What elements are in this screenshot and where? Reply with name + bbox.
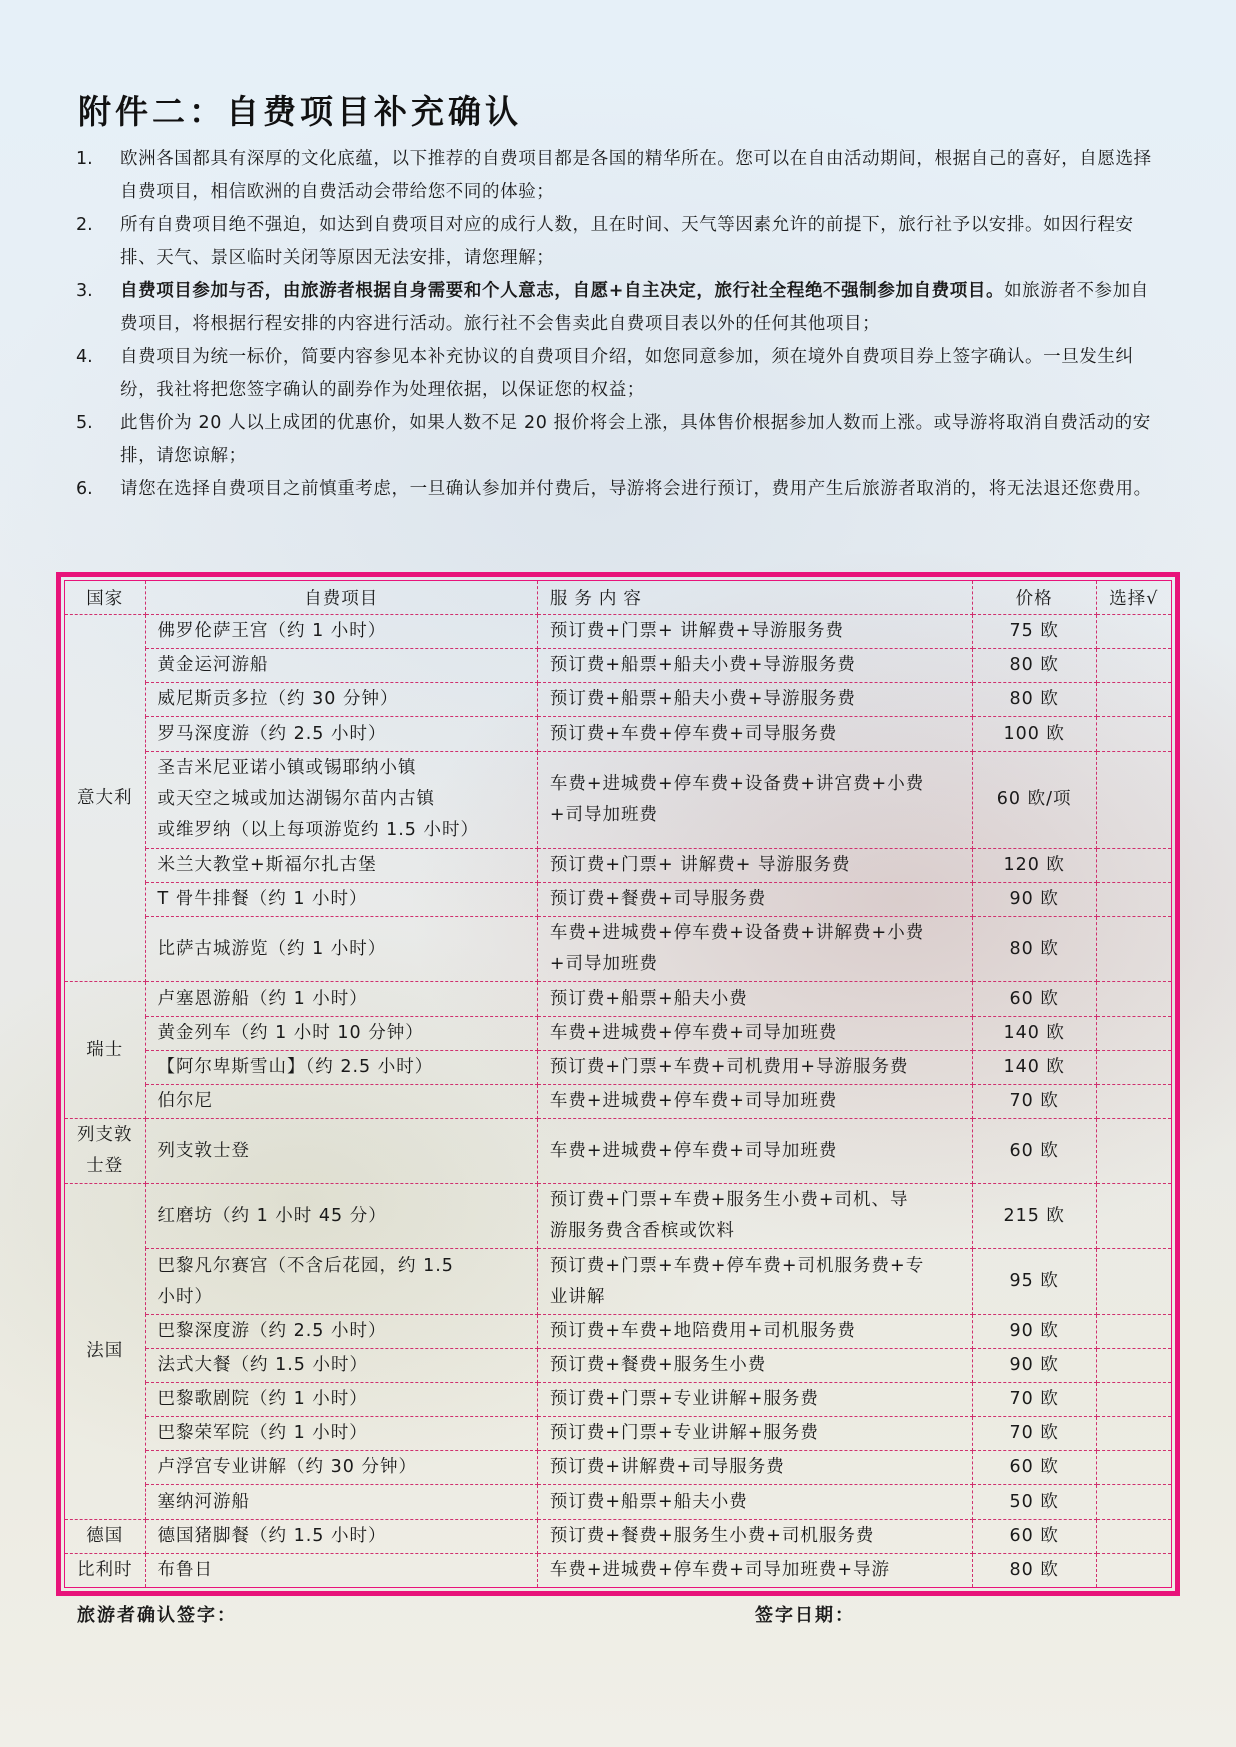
table-row: 罗马深度游（约 2.5 小时）预订费+车费+停车费+司导服务费100 欧 bbox=[65, 717, 1171, 751]
note-number: 2. bbox=[76, 209, 120, 275]
cell-service: 预订费+门票+车费+司机费用+导游服务费 bbox=[537, 1050, 972, 1084]
cell-item: 布鲁日 bbox=[145, 1553, 537, 1587]
cell-select-checkbox[interactable] bbox=[1096, 1084, 1171, 1118]
cell-country: 瑞士 bbox=[65, 982, 145, 1119]
cell-service: 预订费+车费+地陪费用+司机服务费 bbox=[537, 1314, 972, 1348]
note-item: 5. 此售价为 20 人以上成团的优惠价，如果人数不足 20 报价将会上涨，具体… bbox=[76, 407, 1166, 473]
header-price: 价格 bbox=[972, 581, 1096, 615]
signature-date-label: 签字日期： bbox=[755, 1601, 855, 1627]
cell-select-checkbox[interactable] bbox=[1096, 1382, 1171, 1416]
note-item: 6. 请您在选择自费项目之前慎重考虑，一旦确认参加并付费后，导游将会进行预订，费… bbox=[76, 473, 1166, 506]
cell-country: 德国 bbox=[65, 1519, 145, 1553]
cell-select-checkbox[interactable] bbox=[1096, 917, 1171, 982]
cell-service: 预订费+讲解费+司导服务费 bbox=[537, 1451, 972, 1485]
cell-price: 80 欧 bbox=[972, 649, 1096, 683]
cell-select-checkbox[interactable] bbox=[1096, 982, 1171, 1016]
cell-item: 巴黎荣军院（约 1 小时） bbox=[145, 1417, 537, 1451]
cell-select-checkbox[interactable] bbox=[1096, 1119, 1171, 1184]
cell-item: 列支敦士登 bbox=[145, 1119, 537, 1184]
table-row: 卢浮宫专业讲解（约 30 分钟）预订费+讲解费+司导服务费60 欧 bbox=[65, 1451, 1171, 1485]
cell-select-checkbox[interactable] bbox=[1096, 615, 1171, 649]
cell-item: 法式大餐（约 1.5 小时） bbox=[145, 1348, 537, 1382]
cell-item: 卢塞恩游船（约 1 小时） bbox=[145, 982, 537, 1016]
note-number: 3. bbox=[76, 275, 120, 341]
cell-service: 预订费+门票+专业讲解+服务费 bbox=[537, 1417, 972, 1451]
cell-price: 75 欧 bbox=[972, 615, 1096, 649]
cell-service: 预订费+餐费+司导服务费 bbox=[537, 883, 972, 917]
note-text: 请您在选择自费项目之前慎重考虑，一旦确认参加并付费后，导游将会进行预订，费用产生… bbox=[120, 473, 1166, 506]
cell-service: 车费+进城费+停车费+司导加班费 bbox=[537, 1016, 972, 1050]
cell-item: 黄金列车（约 1 小时 10 分钟） bbox=[145, 1016, 537, 1050]
note-text: 欧洲各国都具有深厚的文化底蕴，以下推荐的自费项目都是各国的精华所在。您可以在自由… bbox=[120, 143, 1166, 209]
cell-service: 预订费+船票+船夫小费+导游服务费 bbox=[537, 649, 972, 683]
cell-select-checkbox[interactable] bbox=[1096, 1451, 1171, 1485]
cell-country: 比利时 bbox=[65, 1553, 145, 1587]
cell-item: 巴黎凡尔赛宫（不含后花园，约 1.5 小时） bbox=[145, 1249, 537, 1314]
cell-select-checkbox[interactable] bbox=[1096, 1016, 1171, 1050]
cell-price: 90 欧 bbox=[972, 883, 1096, 917]
table-header-row: 国家 自费项目 服务内容 价格 选择√ bbox=[65, 581, 1171, 615]
cell-service: 车费+进城费+停车费+司导加班费 bbox=[537, 1084, 972, 1118]
table-row: 塞纳河游船预订费+船票+船夫小费50 欧 bbox=[65, 1485, 1171, 1519]
header-select: 选择√ bbox=[1096, 581, 1171, 615]
cell-service: 预订费+餐费+服务生小费+司机服务费 bbox=[537, 1519, 972, 1553]
table-row: 巴黎荣军院（约 1 小时）预订费+门票+专业讲解+服务费70 欧 bbox=[65, 1417, 1171, 1451]
table-frame-inner: 国家 自费项目 服务内容 价格 选择√ 意大利佛罗伦萨王宫（约 1 小时）预订费… bbox=[64, 580, 1172, 1588]
optional-tours-table: 国家 自费项目 服务内容 价格 选择√ 意大利佛罗伦萨王宫（约 1 小时）预订费… bbox=[65, 581, 1171, 1587]
page-title: 附件二：自费项目补充确认 bbox=[78, 86, 522, 133]
header-country: 国家 bbox=[65, 581, 145, 615]
cell-service: 预订费+门票+ 讲解费+ 导游服务费 bbox=[537, 848, 972, 882]
table-body: 意大利佛罗伦萨王宫（约 1 小时）预订费+门票+ 讲解费+导游服务费75 欧黄金… bbox=[65, 615, 1171, 1588]
cell-price: 80 欧 bbox=[972, 1553, 1096, 1587]
note-item: 2. 所有自费项目绝不强迫，如达到自费项目对应的成行人数，且在时间、天气等因素允… bbox=[76, 209, 1166, 275]
table-row: 巴黎深度游（约 2.5 小时）预订费+车费+地陪费用+司机服务费90 欧 bbox=[65, 1314, 1171, 1348]
cell-price: 60 欧 bbox=[972, 982, 1096, 1016]
note-bold-text: 自费项目参加与否，由旅游者根据自身需要和个人意志，自愿+自主决定，旅行社全程绝不… bbox=[120, 281, 1004, 301]
table-row: 意大利佛罗伦萨王宫（约 1 小时）预订费+门票+ 讲解费+导游服务费75 欧 bbox=[65, 615, 1171, 649]
cell-price: 95 欧 bbox=[972, 1249, 1096, 1314]
table-row: 圣吉米尼亚诺小镇或锡耶纳小镇 或天空之城或加达湖锡尔苗内古镇 或维罗纳（以上每项… bbox=[65, 751, 1171, 848]
cell-item: 米兰大教堂+斯福尔扎古堡 bbox=[145, 848, 537, 882]
table-row: 巴黎歌剧院（约 1 小时）预订费+门票+专业讲解+服务费70 欧 bbox=[65, 1382, 1171, 1416]
cell-select-checkbox[interactable] bbox=[1096, 1553, 1171, 1587]
table-row: 黄金运河游船预订费+船票+船夫小费+导游服务费80 欧 bbox=[65, 649, 1171, 683]
traveler-signature-label: 旅游者确认签字： bbox=[77, 1601, 237, 1627]
cell-item: 红磨坊（约 1 小时 45 分） bbox=[145, 1184, 537, 1249]
cell-price: 100 欧 bbox=[972, 717, 1096, 751]
note-text: 所有自费项目绝不强迫，如达到自费项目对应的成行人数，且在时间、天气等因素允许的前… bbox=[120, 209, 1166, 275]
cell-price: 60 欧/项 bbox=[972, 751, 1096, 848]
cell-item: 伯尔尼 bbox=[145, 1084, 537, 1118]
cell-price: 60 欧 bbox=[972, 1119, 1096, 1184]
cell-service: 预订费+船票+船夫小费 bbox=[537, 1485, 972, 1519]
cell-item: 卢浮宫专业讲解（约 30 分钟） bbox=[145, 1451, 537, 1485]
table-row: 黄金列车（约 1 小时 10 分钟）车费+进城费+停车费+司导加班费140 欧 bbox=[65, 1016, 1171, 1050]
cell-country: 法国 bbox=[65, 1184, 145, 1519]
cell-service: 预订费+门票+车费+停车费+司机服务费+专 业讲解 bbox=[537, 1249, 972, 1314]
table-row: 瑞士卢塞恩游船（约 1 小时）预订费+船票+船夫小费60 欧 bbox=[65, 982, 1171, 1016]
cell-select-checkbox[interactable] bbox=[1096, 717, 1171, 751]
note-item: 1. 欧洲各国都具有深厚的文化底蕴，以下推荐的自费项目都是各国的精华所在。您可以… bbox=[76, 143, 1166, 209]
cell-country: 列支敦 士登 bbox=[65, 1119, 145, 1184]
table-row: T 骨牛排餐（约 1 小时）预订费+餐费+司导服务费90 欧 bbox=[65, 883, 1171, 917]
table-row: 法式大餐（约 1.5 小时）预订费+餐费+服务生小费90 欧 bbox=[65, 1348, 1171, 1382]
cell-price: 60 欧 bbox=[972, 1451, 1096, 1485]
note-text: 此售价为 20 人以上成团的优惠价，如果人数不足 20 报价将会上涨，具体售价根… bbox=[120, 407, 1166, 473]
cell-select-checkbox[interactable] bbox=[1096, 883, 1171, 917]
table-row: 巴黎凡尔赛宫（不含后花园，约 1.5 小时）预订费+门票+车费+停车费+司机服务… bbox=[65, 1249, 1171, 1314]
note-number: 5. bbox=[76, 407, 120, 473]
cell-item: 黄金运河游船 bbox=[145, 649, 537, 683]
table-row: 伯尔尼车费+进城费+停车费+司导加班费70 欧 bbox=[65, 1084, 1171, 1118]
notes-list: 1. 欧洲各国都具有深厚的文化底蕴，以下推荐的自费项目都是各国的精华所在。您可以… bbox=[76, 143, 1166, 506]
cell-service: 车费+进城费+停车费+设备费+讲解费+小费 +司导加班费 bbox=[537, 917, 972, 982]
cell-select-checkbox[interactable] bbox=[1096, 1314, 1171, 1348]
cell-service: 车费+进城费+停车费+司导加班费+导游 bbox=[537, 1553, 972, 1587]
cell-price: 70 欧 bbox=[972, 1417, 1096, 1451]
cell-item: 巴黎歌剧院（约 1 小时） bbox=[145, 1382, 537, 1416]
cell-select-checkbox[interactable] bbox=[1096, 1050, 1171, 1084]
cell-item: 罗马深度游（约 2.5 小时） bbox=[145, 717, 537, 751]
cell-service: 车费+进城费+停车费+司导加班费 bbox=[537, 1119, 972, 1184]
cell-select-checkbox[interactable] bbox=[1096, 1485, 1171, 1519]
cell-item: 巴黎深度游（约 2.5 小时） bbox=[145, 1314, 537, 1348]
cell-select-checkbox[interactable] bbox=[1096, 683, 1171, 717]
cell-country: 意大利 bbox=[65, 615, 145, 982]
header-service: 服务内容 bbox=[537, 581, 972, 615]
note-number: 6. bbox=[76, 473, 120, 506]
note-number: 1. bbox=[76, 143, 120, 209]
cell-select-checkbox[interactable] bbox=[1096, 649, 1171, 683]
cell-select-checkbox[interactable] bbox=[1096, 1184, 1171, 1249]
cell-item: 【阿尔卑斯雪山】（约 2.5 小时） bbox=[145, 1050, 537, 1084]
cell-service: 预订费+餐费+服务生小费 bbox=[537, 1348, 972, 1382]
cell-price: 80 欧 bbox=[972, 683, 1096, 717]
cell-price: 50 欧 bbox=[972, 1485, 1096, 1519]
cell-service: 车费+进城费+停车费+设备费+讲宫费+小费 +司导加班费 bbox=[537, 751, 972, 848]
table-row: 列支敦 士登列支敦士登车费+进城费+停车费+司导加班费60 欧 bbox=[65, 1119, 1171, 1184]
table-row: 米兰大教堂+斯福尔扎古堡预订费+门票+ 讲解费+ 导游服务费120 欧 bbox=[65, 848, 1171, 882]
cell-price: 60 欧 bbox=[972, 1519, 1096, 1553]
header-item: 自费项目 bbox=[145, 581, 537, 615]
cell-service: 预订费+门票+ 讲解费+导游服务费 bbox=[537, 615, 972, 649]
note-number: 4. bbox=[76, 341, 120, 407]
cell-price: 140 欧 bbox=[972, 1050, 1096, 1084]
cell-select-checkbox[interactable] bbox=[1096, 751, 1171, 848]
note-text: 自费项目参加与否，由旅游者根据自身需要和个人意志，自愿+自主决定，旅行社全程绝不… bbox=[120, 275, 1166, 341]
cell-price: 140 欧 bbox=[972, 1016, 1096, 1050]
cell-service: 预订费+门票+专业讲解+服务费 bbox=[537, 1382, 972, 1416]
cell-select-checkbox[interactable] bbox=[1096, 1249, 1171, 1314]
cell-price: 70 欧 bbox=[972, 1084, 1096, 1118]
cell-item: 圣吉米尼亚诺小镇或锡耶纳小镇 或天空之城或加达湖锡尔苗内古镇 或维罗纳（以上每项… bbox=[145, 751, 537, 848]
note-text: 自费项目为统一标价，简要内容参见本补充协议的自费项目介绍，如您同意参加，须在境外… bbox=[120, 341, 1166, 407]
cell-price: 80 欧 bbox=[972, 917, 1096, 982]
cell-service: 预订费+船票+船夫小费 bbox=[537, 982, 972, 1016]
cell-service: 预订费+门票+车费+服务生小费+司机、导 游服务费含香槟或饮料 bbox=[537, 1184, 972, 1249]
table-frame: 国家 自费项目 服务内容 价格 选择√ 意大利佛罗伦萨王宫（约 1 小时）预订费… bbox=[56, 572, 1180, 1596]
note-item: 4. 自费项目为统一标价，简要内容参见本补充协议的自费项目介绍，如您同意参加，须… bbox=[76, 341, 1166, 407]
cell-service: 预订费+船票+船夫小费+导游服务费 bbox=[537, 683, 972, 717]
cell-price: 70 欧 bbox=[972, 1382, 1096, 1416]
table-row: 比利时布鲁日车费+进城费+停车费+司导加班费+导游80 欧 bbox=[65, 1553, 1171, 1587]
note-item: 3. 自费项目参加与否，由旅游者根据自身需要和个人意志，自愿+自主决定，旅行社全… bbox=[76, 275, 1166, 341]
table-row: 法国红磨坊（约 1 小时 45 分）预订费+门票+车费+服务生小费+司机、导 游… bbox=[65, 1184, 1171, 1249]
table-row: 比萨古城游览（约 1 小时）车费+进城费+停车费+设备费+讲解费+小费 +司导加… bbox=[65, 917, 1171, 982]
cell-price: 90 欧 bbox=[972, 1348, 1096, 1382]
cell-item: T 骨牛排餐（约 1 小时） bbox=[145, 883, 537, 917]
cell-select-checkbox[interactable] bbox=[1096, 1348, 1171, 1382]
cell-item: 威尼斯贡多拉（约 30 分钟） bbox=[145, 683, 537, 717]
cell-select-checkbox[interactable] bbox=[1096, 1417, 1171, 1451]
cell-service: 预订费+车费+停车费+司导服务费 bbox=[537, 717, 972, 751]
cell-price: 215 欧 bbox=[972, 1184, 1096, 1249]
cell-item: 佛罗伦萨王宫（约 1 小时） bbox=[145, 615, 537, 649]
cell-select-checkbox[interactable] bbox=[1096, 1519, 1171, 1553]
table-row: 德国德国猪脚餐（约 1.5 小时）预订费+餐费+服务生小费+司机服务费60 欧 bbox=[65, 1519, 1171, 1553]
table-row: 威尼斯贡多拉（约 30 分钟）预订费+船票+船夫小费+导游服务费80 欧 bbox=[65, 683, 1171, 717]
cell-item: 塞纳河游船 bbox=[145, 1485, 537, 1519]
cell-item: 比萨古城游览（约 1 小时） bbox=[145, 917, 537, 982]
cell-price: 90 欧 bbox=[972, 1314, 1096, 1348]
table-row: 【阿尔卑斯雪山】（约 2.5 小时）预订费+门票+车费+司机费用+导游服务费14… bbox=[65, 1050, 1171, 1084]
cell-item: 德国猪脚餐（约 1.5 小时） bbox=[145, 1519, 537, 1553]
cell-select-checkbox[interactable] bbox=[1096, 848, 1171, 882]
cell-price: 120 欧 bbox=[972, 848, 1096, 882]
